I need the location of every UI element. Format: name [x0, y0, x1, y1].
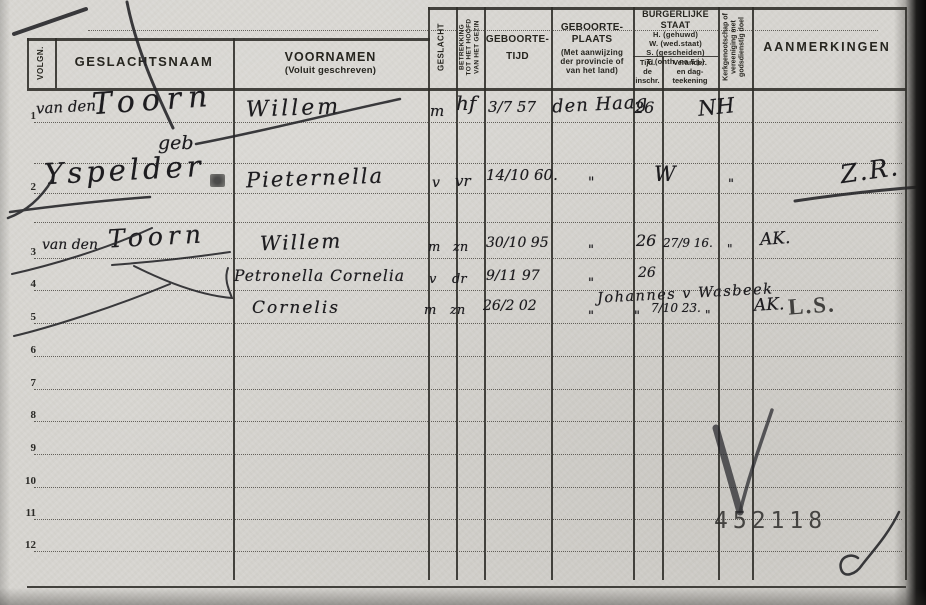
record-5-sex: m: [424, 304, 436, 317]
check-mark-right: [740, 410, 772, 512]
column-header-geboortetijd: GEBOORTE- TIJD: [484, 34, 551, 63]
burgstaat-title2: STAAT: [633, 20, 718, 31]
geboorteplaats-sub2: der provincie of: [551, 57, 633, 66]
table-vertical-line: [233, 38, 235, 580]
record-4-sex: v: [429, 273, 436, 286]
column-header-aanmerkingen: AANMERKINGEN: [752, 40, 902, 55]
betrekking-line1: BETREKKING: [458, 24, 466, 70]
bottom-right-flourish: [841, 512, 899, 575]
record-3-remark: AK.: [759, 230, 791, 249]
tijd-inschr-line3: inschr.: [633, 77, 662, 86]
geboorteplaats-title1: GEBOORTE-: [551, 22, 633, 34]
geslacht-label: GESLACHT: [437, 23, 446, 71]
record-5-denomination-ditto: ": [705, 309, 711, 321]
ruled-dotted-line: [34, 323, 902, 324]
ruled-dotted-line: [34, 421, 902, 422]
record-3-surname-prefix: van den: [42, 238, 98, 252]
kerk-line1: Kerkgenootschap of: [722, 13, 730, 81]
record-3-sex: m: [428, 241, 440, 254]
record-4-firstnames: Petronella Cornelia: [234, 269, 405, 285]
table-vertical-line: [484, 7, 486, 580]
record-1-registration-year: 26: [634, 100, 654, 116]
aanmerkingen-label: AANMERKINGEN: [763, 40, 890, 54]
ruled-dotted-line: [34, 356, 902, 357]
ruled-dotted-line: [34, 551, 902, 552]
registration-number-stamp: 452118: [714, 510, 827, 533]
column-header-volgnr: VOLGN.: [27, 38, 55, 88]
ruled-dotted-line: [34, 389, 902, 390]
voornamen-title: VOORNAMEN: [233, 50, 428, 65]
record-1-denomination: NH: [697, 95, 736, 120]
geboorteplaats-title2: PLAATS: [551, 34, 633, 46]
ls-seal-stamp: L.S.: [787, 292, 836, 318]
record-2-sex: v: [432, 176, 440, 190]
record-5-relation: zn: [450, 304, 465, 317]
betrekking-line2: TOT HET HOOFD: [466, 19, 474, 76]
record-3-birthplace-ditto: ": [588, 244, 594, 257]
row-number: 12: [18, 539, 36, 551]
column-header-geslachtsnaam: GESLACHTSNAAM: [55, 54, 233, 69]
record-2-firstnames: Pieternella: [246, 166, 385, 192]
scan-edge-bottom: [0, 588, 926, 605]
row-number: 7: [18, 377, 36, 389]
record-5-margin-stroke: [14, 284, 170, 336]
record-2-birthdate: 14/10 60.: [486, 168, 558, 183]
column-header-geslacht: GESLACHT: [428, 7, 456, 88]
ruled-dotted-line: [34, 258, 902, 259]
record-3-registration-year: 26: [636, 233, 656, 249]
voornamen-subtitle: (Voluit geschreven): [233, 65, 428, 76]
record-5-change-date: 7/10 23.: [651, 302, 701, 314]
record-1-firstnames: Willem: [246, 96, 342, 121]
betrekking-line3: VAN HET GEZIN: [473, 20, 481, 74]
record-2-birthplace-ditto: ": [588, 176, 594, 190]
ruled-dotted-line: [34, 122, 902, 123]
record-1-sex: m: [430, 104, 444, 119]
record-3-relation: zn: [453, 241, 468, 254]
record-2-relation: vr: [455, 174, 471, 189]
burgstaat-title1: BURGERLIJKE: [633, 9, 718, 20]
table-horizontal-line: [27, 38, 430, 41]
row-number: 6: [18, 344, 36, 356]
population-register-card: 123456789101112 VOLGN. GESLACHTSNAAM VOO…: [0, 0, 926, 605]
geboorteplaats-sub1: (Met aanwijzing: [551, 48, 633, 57]
kerk-line2: vereeniging met: [730, 20, 738, 74]
column-header-voornamen: VOORNAMEN (Voluit geschreven): [233, 50, 428, 76]
record-4-ditto-flourish: [134, 266, 232, 298]
geslachtsnaam-label: GESLACHTSNAAM: [75, 54, 214, 69]
geboortetijd-line2: TIJD: [484, 51, 551, 63]
record-2-surname-underline: [10, 197, 150, 212]
ink-smudge: [210, 174, 225, 187]
ruled-dotted-line: [34, 454, 902, 455]
row-number: 5: [18, 311, 36, 323]
row-number: 11: [18, 507, 36, 519]
record-2-remark-underline: [795, 187, 919, 201]
record-1-surname: Toorn: [91, 82, 215, 120]
column-header-verandering: Verander. en dag- teekening: [662, 59, 718, 86]
scan-edge-right: [894, 0, 926, 605]
table-vertical-line: [905, 7, 907, 580]
row-number: 1: [18, 110, 36, 122]
ruled-dotted-line: [34, 193, 902, 194]
record-5-birthdate: 26/2 02: [483, 299, 537, 313]
row-number: 3: [18, 246, 36, 258]
record-5-birthplace-ditto: ": [588, 310, 594, 323]
record-4-registration-year: 26: [638, 266, 656, 280]
column-header-betrekking: BETREKKING TOT HET HOOFD VAN HET GEZIN: [456, 7, 484, 88]
row-number: 4: [18, 278, 36, 290]
check-mark-left: [716, 428, 740, 512]
record-2-remark: Z.R.: [839, 154, 902, 187]
corner-pen-stroke: [14, 9, 86, 34]
record-3-denomination-ditto: ": [727, 243, 733, 255]
row-number: 9: [18, 442, 36, 454]
row-number: 2: [18, 181, 36, 193]
ruled-dotted-line: [34, 487, 902, 488]
volgnr-label: VOLGN.: [36, 46, 45, 80]
table-horizontal-line: [27, 586, 906, 588]
table-vertical-line: [428, 7, 430, 580]
geboorteplaats-sub3: van het land): [551, 66, 633, 75]
record-4-birthplace-ditto: ": [588, 277, 594, 290]
table-vertical-line: [551, 7, 553, 580]
geboortetijd-line1: GEBOORTE-: [484, 34, 551, 46]
record-3-surname: Toorn: [107, 221, 206, 251]
record-3-firstnames: Willem: [260, 231, 343, 254]
column-header-tijd-inschrijving: Tijd. de inschr.: [633, 59, 662, 86]
record-3-change-date: 27/9 16.: [663, 237, 713, 249]
record-1-surname-prefix: van den: [36, 98, 97, 116]
record-4-relation: dr: [452, 273, 467, 286]
row-number: 10: [18, 475, 36, 487]
scan-edge-left: [0, 0, 10, 605]
record-5-registration-ditto: ": [634, 310, 640, 323]
record-1-relation: hf: [456, 93, 476, 113]
record-3-birthdate: 30/10 95: [486, 236, 549, 250]
verandering-line3: teekening: [662, 77, 718, 86]
record-2-denomination-ditto: ": [728, 178, 734, 191]
record-4-birthdate: 9/11 97: [486, 269, 540, 283]
record-5-firstnames: Cornelis: [252, 300, 340, 317]
record-5-remark: AK.: [754, 296, 785, 315]
kerk-line3: godsdienstig doel: [739, 17, 747, 77]
column-header-geboorteplaats: GEBOORTE- PLAATS (Met aanwijzing der pro…: [551, 22, 633, 76]
record-1-birthdate: 3/7 57: [488, 100, 536, 115]
record-2-civil-status-change: W: [654, 164, 676, 185]
record-2-surname: Yspelder: [43, 152, 205, 189]
row-number: 8: [18, 409, 36, 421]
column-header-kerkgenootschap: Kerkgenootschap of vereeniging met godsd…: [718, 7, 752, 88]
table-vertical-line: [662, 56, 664, 580]
